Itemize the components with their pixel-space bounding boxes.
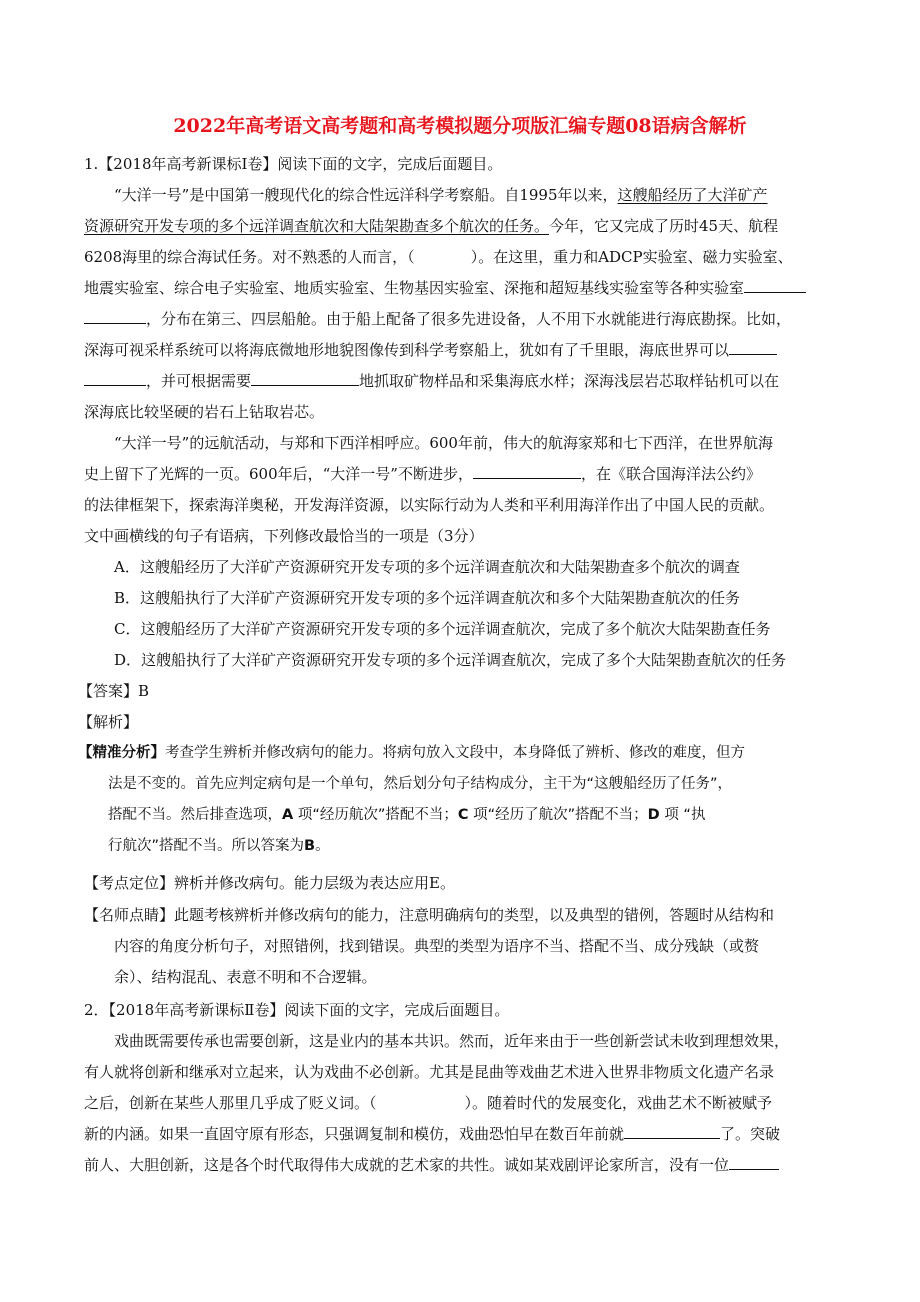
analysis-text: 考查学生辨析并修改病句的能力。将病句放入文段中，本身降低了辨析、修改的难度，但方: [165, 745, 745, 761]
analysis-text: 。: [315, 838, 330, 854]
passage-text: “大洋一号”是中国第一艘现代化的综合性远洋科学考察船。自1995年以来，: [114, 186, 618, 204]
fill-blank: [744, 278, 806, 293]
precise-analysis-line: 法是不变的。首先应判定病句是一个单句，然后划分句子结构成分，主干为“这艘船经历了…: [108, 774, 732, 794]
passage-line: 深海底比较坚硬的岩石上钻取岩芯。: [84, 402, 324, 422]
analysis-text: 搭配不当。然后排查选项，: [108, 807, 282, 823]
underlined-sentence: 这艘船经历了大洋矿产: [618, 186, 768, 204]
fill-blank: [84, 309, 146, 324]
passage-line: 有人就将创新和继承对立起来，认为戏曲不必创新。尤其是昆曲等戏曲艺术进入世界非物质…: [84, 1062, 774, 1082]
passage-text: 新的内涵。如果一直固守原有形态，只强调复制和模仿，戏曲恐怕早在数百年前就: [84, 1125, 624, 1143]
option-c: C．这艘船经历了大洋矿产资源研究开发专项的多个远洋调查航次，完成了多个航次大陆架…: [114, 619, 770, 639]
passage-line: “大洋一号”的远航活动，与郑和下西洋相呼应。600年前，伟大的航海家郑和七下西洋…: [114, 433, 773, 453]
passage-line: 史上留下了光辉的一页。600年后，“大洋一号”不断进步，，在《联合国海洋法公约》: [84, 464, 761, 484]
passage-text: 前人、大胆创新，这是各个时代取得伟大成就的艺术家的共性。诚如某戏剧评论家所言，没…: [84, 1156, 729, 1174]
passage-line: 新的内涵。如果一直固守原有形态，只强调复制和模仿，戏曲恐怕早在数百年前就了。突破: [84, 1124, 780, 1144]
precise-analysis-line: 行航次”搭配不当。所以答案为B。: [108, 836, 330, 856]
passage-line: 地震实验室、综合电子实验室、地质实验室、生物基因实验室、深拖和超短基线实验室等各…: [84, 278, 806, 298]
answer: 【答案】B: [78, 681, 149, 701]
kaodian-line: 【考点定位】辨析并修改病句。能力层级为表达应用E。: [84, 873, 455, 893]
option-ref: A: [282, 807, 293, 823]
passage-text: 深海可视采样系统可以将海底微地形地貌图像传到科学考察船上，犹如有了千里眼，海底世…: [84, 341, 729, 359]
passage-text: 6208海里的综合海试任务。对不熟悉的人而言，（: [84, 248, 415, 266]
answer-ref: B: [304, 838, 315, 854]
option-ref: C: [458, 807, 469, 823]
analysis-text: 行航次”搭配不当。所以答案为: [108, 838, 304, 854]
mingshi-line: 余）、结构混乱、表意不明和不合逻辑。: [114, 967, 377, 987]
passage-line: 的法律框架下，探索海洋奥秘，开发海洋资源，以实际行动为人类和平利用海洋作出了中国…: [84, 495, 774, 515]
passage-text: 地抓取矿物样品和采集海底水样；深海浅层岩芯取样钻机可以在: [359, 372, 779, 390]
passage-line: 资源研究开发专项的多个远洋调查航次和大陆架勘查多个航次的任务。今年，它又完成了历…: [84, 216, 778, 236]
analysis-text: 项 “执: [660, 807, 706, 823]
passage-text: 之后，创新在某些人那里几乎成了贬义词。（: [84, 1094, 377, 1112]
fill-blank: [251, 371, 359, 386]
question-prompt: 文中画横线的句子有语病，下列修改最恰当的一项是（3分）: [84, 526, 484, 546]
fill-blank: [729, 340, 777, 355]
analysis-text: 项“经历了航次”搭配不当；: [469, 807, 648, 823]
passage-line: “大洋一号”是中国第一艘现代化的综合性远洋科学考察船。自1995年以来，这艘船经…: [114, 185, 768, 205]
option-d: D．这艘船执行了大洋矿产资源研究开发专项的多个远洋调查航次，完成了多个大陆架勘查…: [114, 650, 786, 670]
fill-blank: [473, 464, 581, 479]
question-2-header: 2．【2018年高考新课标Ⅱ卷】阅读下面的文字，完成后面题目。: [84, 1000, 509, 1020]
document-title: 2022年高考语文高考题和高考模拟题分项版汇编专题08语病含解析: [0, 111, 920, 138]
passage-text: 今年，它又完成了历时45天、航程: [549, 217, 778, 235]
passage-text: ）。随着时代的发展变化，戏曲艺术不断被赋予: [465, 1094, 773, 1112]
fill-blank: [624, 1124, 720, 1139]
document-page: 2022年高考语文高考题和高考模拟题分项版汇编专题08语病含解析 1.【2018…: [0, 0, 920, 1302]
option-ref: D: [648, 807, 660, 823]
analysis-label: 【解析】: [78, 712, 138, 732]
passage-line: ，并可根据需要地抓取矿物样品和采集海底水样；深海浅层岩芯取样钻机可以在: [84, 371, 779, 391]
passage-line: 之后，创新在某些人那里几乎成了贬义词。（）。随着时代的发展变化，戏曲艺术不断被赋…: [84, 1093, 772, 1113]
passage-text: ，在《联合国海洋法公约》: [581, 465, 761, 483]
underlined-sentence: 资源研究开发专项的多个远洋调查航次和大陆架勘查多个航次的任务。: [84, 217, 549, 235]
analysis-text: 项“经历航次”搭配不当；: [293, 807, 458, 823]
fill-blank: [729, 1155, 779, 1170]
passage-text: ，分布在第三、四层船舱。由于船上配备了很多先进设备，人不用下水就能进行海底勘探。…: [146, 310, 791, 328]
passage-line: 6208海里的综合海试任务。对不熟悉的人而言，（）。在这里，重力和ADCP实验室…: [84, 247, 793, 267]
passage-line: 前人、大胆创新，这是各个时代取得伟大成就的艺术家的共性。诚如某戏剧评论家所言，没…: [84, 1155, 779, 1175]
passage-line: 戏曲既需要传承也需要创新，这是业内的基本共识。然而，近年来由于一些创新尝试未收到…: [114, 1031, 789, 1051]
mingshi-line: 内容的角度分析句子，对照错例，找到错误。典型的类型为语序不当、搭配不当、成分残缺…: [114, 936, 759, 956]
option-a: A．这艘船经历了大洋矿产资源研究开发专项的多个远洋调查航次和大陆架勘查多个航次的…: [114, 557, 740, 577]
passage-line: 深海可视采样系统可以将海底微地形地貌图像传到科学考察船上，犹如有了千里眼，海底世…: [84, 340, 777, 360]
passage-text: 地震实验室、综合电子实验室、地质实验室、生物基因实验室、深拖和超短基线实验室等各…: [84, 279, 744, 297]
precise-analysis-line: 【精准分析】考查学生辨析并修改病句的能力。将病句放入文段中，本身降低了辨析、修改…: [78, 743, 745, 763]
question-1-header: 1.【2018年高考新课标Ⅰ卷】阅读下面的文字，完成后面题目。: [84, 154, 502, 174]
passage-line: ，分布在第三、四层船舱。由于船上配备了很多先进设备，人不用下水就能进行海底勘探。…: [84, 309, 791, 329]
precise-analysis-line: 搭配不当。然后排查选项，A 项“经历航次”搭配不当；C 项“经历了航次”搭配不当…: [108, 805, 705, 825]
option-b: B．这艘船执行了大洋矿产资源研究开发专项的多个远洋调查航次和多个大陆架勘查航次的…: [114, 588, 740, 608]
fill-blank: [84, 371, 146, 386]
precise-analysis-label: 【精准分析】: [78, 745, 165, 761]
passage-text: ）。在这里，重力和ADCP实验室、磁力实验室、: [471, 248, 793, 266]
passage-text: 史上留下了光辉的一页。600年后，“大洋一号”不断进步，: [84, 465, 473, 483]
passage-text: ，并可根据需要: [146, 372, 251, 390]
passage-text: 了。突破: [720, 1125, 780, 1143]
mingshi-line: 【名师点睛】此题考核辨析并修改病句的能力，注意明确病句的类型，以及典型的错例，答…: [84, 905, 774, 925]
